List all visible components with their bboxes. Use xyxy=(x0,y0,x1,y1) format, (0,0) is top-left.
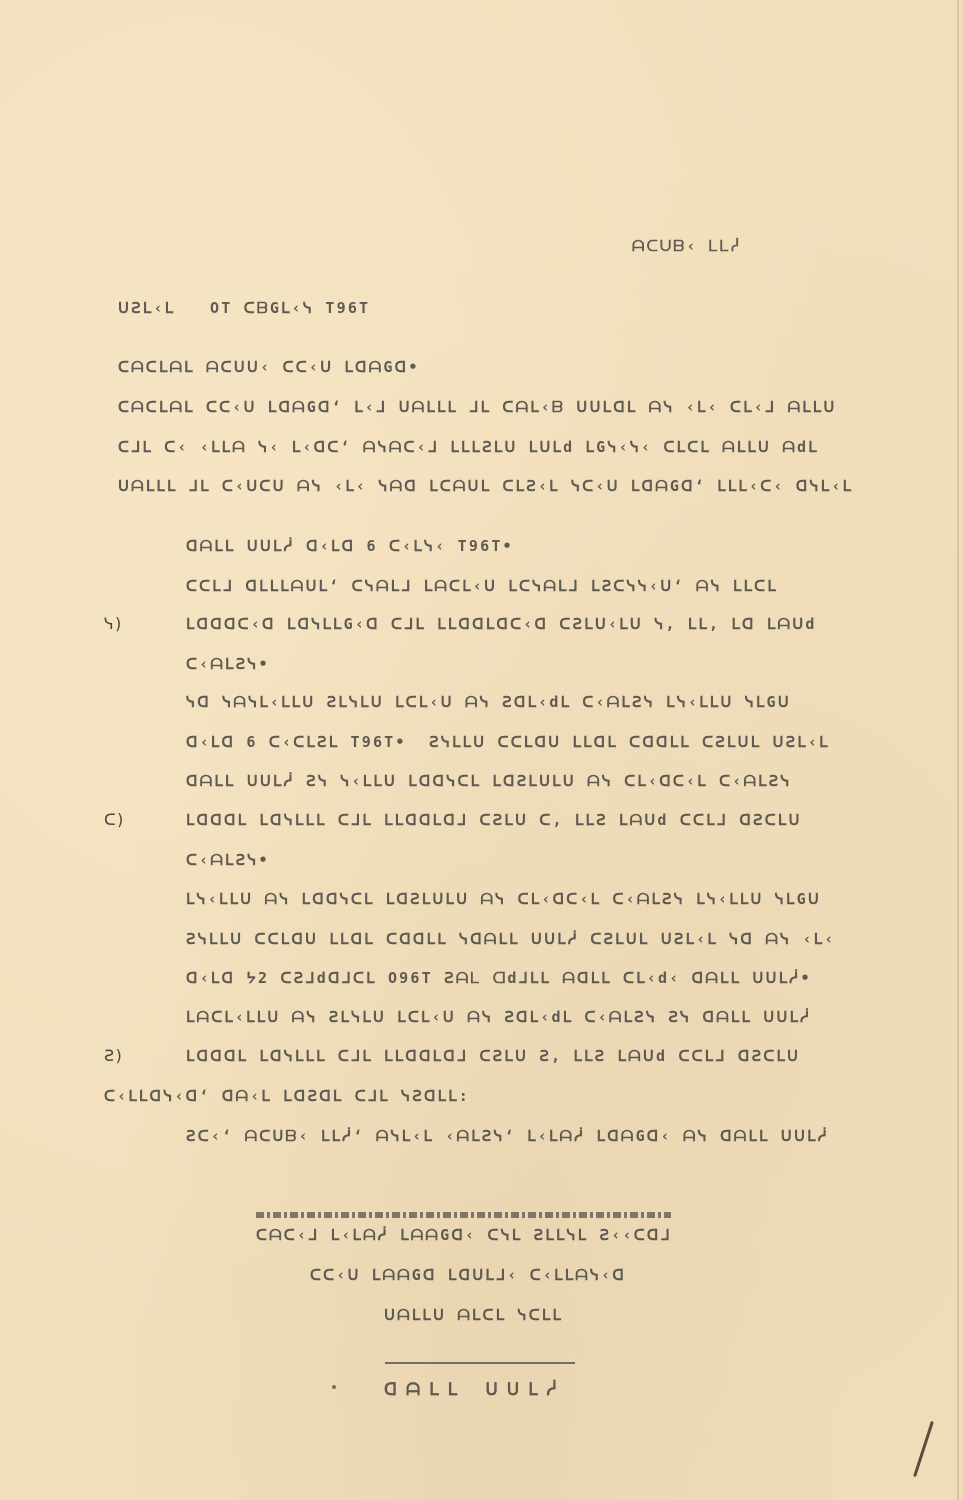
closing-line: ᑕ‹ᒪᒪᗡᓭ‹ᗡ‘ ᗡᗩ‹ᒪ ᒪᗡꙄᗡᒪ ᑕᒧᒪ ᓭꙄᗡᒪᒪ: xyxy=(104,1086,470,1106)
footer-line: ᑌᗩᒪᒪᑌ ᗩᒪᑕᒪ ᓭᑕᒪᒪ xyxy=(384,1305,563,1325)
date: OT ᑕᗷGᒪ‹ᓭ T96T xyxy=(210,298,370,318)
item-pre-line: ᓭᗡ ᓭᗩᓭᒪ‹ᒪᒪᑌ Ꙅᒪᓭᒪᑌ ᒪᑕᒪ‹ᑌ ᗩᓭ Ꙅᗡᒪ‹dᒪ ᑕ‹ᗩᒪꙄᓭ… xyxy=(186,692,791,712)
paper-edge xyxy=(957,0,959,1500)
item-marker: ᑕ) xyxy=(104,810,125,830)
item-line: ᑕ‹ᗩᒪꙄᓭ• xyxy=(186,654,270,674)
intro-line: ᑕᗩᑕᒪᗩᒪ ᑕᑕ‹ᑌ ᒪᗡᗩGᗡ‘ ᒪ‹ᒧ ᑌᗩᒪᒪᒪ ᒧᒪ ᑕᗩᒪ‹ᗷ ᑌᑌ… xyxy=(118,397,837,417)
item-pre-line: ᗡᗩᒪᒪ ᑌᑌᒪᓲ Ꙅᓭ ᓭ‹ᒪᒪᑌ ᒪᗡᗡᓭᑕᒪ ᒪᗡꙄᒪᑌᒪᑌ ᗩᓭ ᑕᒪ‹… xyxy=(186,771,792,791)
item-marker: ᓭ) xyxy=(104,614,123,634)
section-intro-line: ᑕᑕᒪᒧ ᗡᒪᒪᒪᗩᑌᒪ‘ ᑕᓭᗩᒪᒧ ᒪᗩᑕᒪ‹ᑌ ᒪᑕᓭᗩᒪᒧ ᒪꙄᑕᓭᓭ‹… xyxy=(186,576,778,596)
item-line: ᑕ‹ᗩᒪꙄᓭ• xyxy=(186,850,270,870)
item-line: ᒪᗡᗡᗡᒪ ᒪᗡᓭᒪᒪᒪ ᑕᒧᒪ ᒪᒪᗡᗡᒪᗡᒧ ᑕꙄᒪᑌ Ꙅ, ᒪᒪꙄ ᒪᗩᑌ… xyxy=(186,1046,800,1066)
item-line: ᒪᗡᗡᗡᒪ ᒪᗡᓭᒪᒪᒪ ᑕᒧᒪ ᒪᒪᗡᗡᒪᗡᒧ ᑕꙄᒪᑌ ᑕ, ᒪᒪꙄ ᒪᗩᑌ… xyxy=(186,810,802,830)
footer-line: ᑕᑕ‹ᑌ ᒪᗩᗩGᗡ ᒪᗡᑌᒪᒧ‹ ᑕ‹ᒪᒪᗩᓭ‹ᗡ xyxy=(310,1265,626,1285)
item-pre-line: ᒪᗩᑕᒪ‹ᒪᒪᑌ ᗩᓭ Ꙅᒪᓭᒪᑌ ᒪᑕᒪ‹ᑌ ᗩᓭ Ꙅᗡᒪ‹dᒪ ᑕ‹ᗩᒪꙄᓭ… xyxy=(186,1007,811,1027)
item-pre-line: ᗡ‹ᒪᗡ ᔭ2 ᑕꙄᒧdᗡᒧᑕᒪ O96T Ꙅᗩᒪ ᗡdᒧᒪᒪ ᗩᗡᒪᒪ ᑕᒪ‹… xyxy=(186,968,812,988)
item-line: ᒪᗡᗡᗡᑕ‹ᗡ ᒪᗡᓭᒪᒪG‹ᗡ ᑕᒧᒪ ᒪᒪᗡᗡᒪᗡᑕ‹ᗡ ᑕꙄᒪᑌ‹ᒪᑌ ᓭ… xyxy=(186,614,817,634)
closing-line: Ꙅᑕ‹‘ ᗩᑕᑌᗷ‹ ᒪᒪᓲ‘ ᗩᓭᒪ‹ᒪ ‹ᗩᒪꙄᓭ‘ ᒪ‹ᒪᗩᓲ ᒪᗡᗩGᗡ… xyxy=(186,1126,829,1146)
footer-line: ᑕᗩᑕ‹ᒧ ᒪ‹ᒪᗩᓲ ᒪᗩᗩGᗡ‹ ᑕᓭᒪ Ꙅᒪᒪᓭᒪ Ꙅ‹‹ᑕᗡᒧ xyxy=(256,1225,672,1245)
signature-rule xyxy=(385,1362,575,1364)
ink-dot xyxy=(332,1385,336,1389)
item-pre-line: Ꙅᓭᒪᒪᑌ ᑕᑕᒪᗡᑌ ᒪᒪᗡᒪ ᑕᗡᗡᒪᒪ ᓭᗡᗩᒪᒪ ᑌᑌᒪᓲ ᑕꙄᒪᑌᒪ … xyxy=(186,929,836,949)
intro-line: ᑕᒧᒪ ᑕ‹ ‹ᒪᒪᗩ ᓭ‹ ᒪ‹ᗡᑕ‘ ᗩᓭᗩᑕ‹ᒧ ᒪᒪᒪꙄᒪᑌ ᒪᑌᒪd … xyxy=(118,437,819,457)
item-pre-line: ᗡ‹ᒪᗡ 6 ᑕ‹ᑕᒪꙄᒪ T96T• Ꙅᓭᒪᒪᑌ ᑕᑕᒪᗡᑌ ᒪᒪᗡᒪ ᑕᗡᗡ… xyxy=(186,732,830,752)
item-pre-line: ᒪᓭ‹ᒪᒪᑌ ᗩᓭ ᒪᗡᗡᓭᑕᒪ ᒪᗡꙄᒪᑌᒪᑌ ᗩᓭ ᑕᒪ‹ᗡᑕ‹ᒪ ᑕ‹ᗩᒪ… xyxy=(186,889,821,909)
pen-mark xyxy=(913,1421,934,1477)
section-intro-line: ᗡᗩᒪᒪ ᑌᑌᒪᓲ ᗡ‹ᒪᗡ 6 ᑕ‹ᒪᓭ‹ T96T• xyxy=(186,536,514,556)
file-reference: ᗩᑕᑌᗷ‹ ᒪᒪᓲ xyxy=(632,236,741,256)
signature: ᗡᗩᒪᒪ ᑌᑌᒪᓲ xyxy=(384,1380,566,1400)
intro-line: ᑌᗩᒪᒪᒪ ᒧᒪ ᑕ‹ᑌᑕᑌ ᗩᓭ ‹ᒪ‹ ᓭᗩᗡ ᒪᑕᗩᑌᒪ ᑕᒪꙄ‹ᒪ ᓭᑕ… xyxy=(118,476,853,496)
subject-line: ᑕᗩᑕᒪᗩᒪ ᗩᑕᑌᑌ‹ ᑕᑕ‹ᑌ ᒪᗡᗩGᗡ• xyxy=(118,357,420,377)
date-place: ᑌꙄᒪ‹ᒪ xyxy=(118,298,175,318)
item-marker: Ꙅ) xyxy=(104,1046,124,1066)
dashed-divider xyxy=(256,1212,671,1218)
